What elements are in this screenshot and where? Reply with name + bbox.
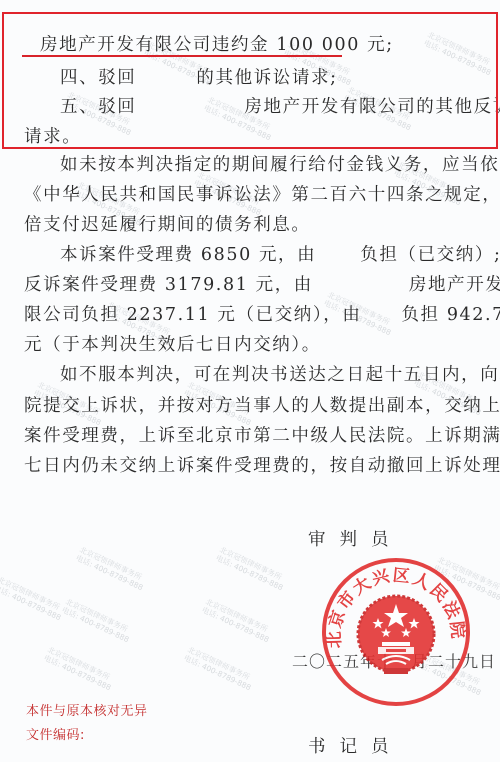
watermark: 北京冠领律师事务所电话: 400-8789-888 — [0, 575, 66, 622]
paragraph-line: 院提交上诉状，并按对方当事人的人数提出副本，交纳上诉 — [24, 391, 500, 421]
paragraph-line: 《中华人民共和国民事诉讼法》第二百六十四条之规定，加 — [24, 180, 500, 210]
fee-text: 限公司负担 2237.11 元（已交纳），由 — [24, 305, 361, 325]
paragraph-line: 反诉案件受理费 3179.81 元，由房地产开发有 — [24, 270, 500, 300]
paragraph-line: 七日内仍未交纳上诉案件受理费的，按自动撤回上诉处理。 — [24, 451, 500, 481]
watermark: 北京冠领律师事务所电话: 400-8789-888 — [200, 597, 274, 644]
paragraph-line: 本诉案件受理费 6850 元，由负担（已交纳）; — [60, 240, 500, 270]
judgment-document-page: 北京冠领律师事务所电话: 400-8789-888 北京冠领律师事务所电话: 4… — [0, 0, 500, 762]
court-seal-icon: 北京市大兴区人民法院 — [320, 556, 472, 708]
red-underline — [22, 55, 342, 57]
paragraph-line: 元（于本判决生效后七日内交纳）。 — [24, 330, 321, 360]
watermark: 北京冠领律师事务所电话: 400-8789-888 — [182, 645, 256, 692]
clerk-label: 书记员 — [308, 733, 403, 758]
fee-text: 本诉案件受理费 6850 元，由 — [60, 245, 316, 265]
certification-note: 本件与原本核对无异 — [26, 700, 148, 719]
watermark: 北京冠领律师事务所电话: 400-8789-888 — [74, 545, 148, 592]
paragraph-line: 限公司负担 2237.11 元（已交纳），由负担 942.70 — [24, 300, 500, 330]
paragraph-line: 案件受理费，上诉至北京市第二中级人民法院。上诉期满后 — [24, 421, 500, 451]
fee-text: 负担（已交纳）; — [360, 245, 500, 265]
fee-text: 反诉案件受理费 3179.81 元，由 — [24, 275, 313, 295]
judge-label: 审判员 — [308, 526, 403, 551]
watermark: 北京冠领律师事务所电话: 400-8789-888 — [42, 645, 116, 692]
highlight-box — [2, 12, 498, 149]
document-code-label: 文件编码: — [26, 724, 85, 743]
paragraph-line: 倍支付迟延履行期间的债务利息。 — [24, 210, 311, 240]
watermark: 北京冠领律师事务所电话: 400-8789-888 — [60, 597, 134, 644]
fee-text: 负担 942.70 — [401, 305, 500, 325]
paragraph-line: 如未按本判决指定的期间履行给付金钱义务，应当依照 — [60, 150, 500, 180]
fee-text: 房地产开发有 — [409, 275, 500, 295]
watermark: 北京冠领律师事务所电话: 400-8789-888 — [214, 545, 288, 592]
paragraph-line: 如不服本判决，可在判决书送达之日起十五日内，向本 — [60, 360, 500, 390]
